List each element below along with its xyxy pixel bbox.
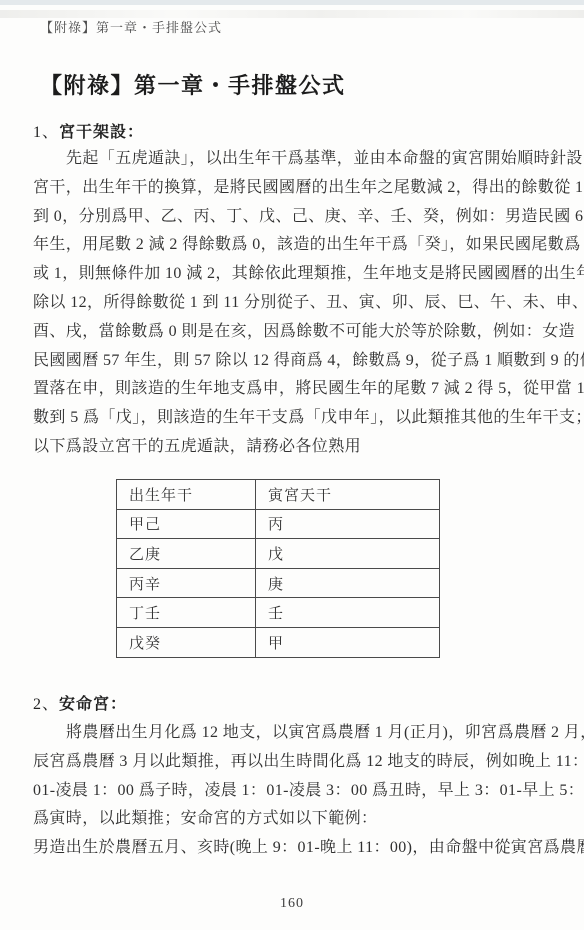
cell-yin-stem: 庚 [256,568,440,598]
running-header: 【附祿】第一章・手排盤公式 [40,17,222,36]
five-tigers-table: 出生年干 寅宮天干 甲己 丙 乙庚 戊 丙辛 庚 丁壬 壬 戊癸 甲 [116,479,440,658]
section1-heading: 1、宮干架設： [33,119,144,142]
section1-title: 宮干架設： [59,124,144,141]
table-row: 甲己 丙 [117,509,440,539]
text-line: 辰宮爲農曆 3 月以此類推，再以出生時間化爲 12 地支的時辰，例如晚上 11： [33,748,557,777]
table-row: 戊癸 甲 [117,627,440,657]
text-line: 年生，用尾數 2 減 2 得餘數爲 0，該造的出生年干爲「癸」，如果民國尾數爲 … [33,231,557,260]
cell-stems: 乙庚 [117,539,256,569]
page-number: 160 [0,896,584,912]
table-row: 丁壬 壬 [117,598,440,628]
text-line: 民國國曆 57 年生，則 57 除以 12 得商爲 4，餘數爲 9，從子爲 1 … [33,347,557,376]
section1-number: 1、 [33,124,59,141]
text-line: 置落在申，則該造的生年地支爲申，將民國生年的尾數 7 減 2 得 5，從甲當 1 [33,375,557,404]
table-header-row: 出生年干 寅宮天干 [117,480,440,510]
section2-heading: 2、安命宮： [33,691,127,714]
text-line: 男造出生於農曆五月、亥時(晚上 9：01-晚上 11：00)，由命盤中從寅宮爲農… [33,834,557,863]
cell-stems: 丁壬 [117,598,256,628]
table-row: 丙辛 庚 [117,568,440,598]
cell-yin-stem: 丙 [256,509,440,539]
table-header-birth-year-stem: 出生年干 [117,480,256,510]
cell-yin-stem: 壬 [256,598,440,628]
text-line: 除以 12，所得餘數從 1 到 11 分別從子、丑、寅、卯、辰、巳、午、未、申、 [33,289,557,318]
cell-stems: 甲己 [117,509,256,539]
text-line: 將農曆出生月化爲 12 地支，以寅宮爲農曆 1 月(正月)，卯宮爲農曆 2 月， [33,719,557,748]
section1-paragraph: 先起「五虎遁訣」，以出生年干爲基準，並由本命盤的寅宮開始順時針設 宮干，出生年干… [33,145,557,462]
text-line: 先起「五虎遁訣」，以出生年干爲基準，並由本命盤的寅宮開始順時針設 [33,145,557,174]
document-page: 【附祿】第一章・手排盤公式 【附祿】第一章・手排盤公式 1、宮干架設： 先起「五… [0,0,584,930]
text-line: 爲寅時，以此類推；安命宮的方式如以下範例： [33,805,557,834]
text-line: 01-凌晨 1：00 爲子時，凌晨 1：01-凌晨 3：00 爲丑時，早上 3：… [33,777,557,806]
scan-top-edge [0,0,584,5]
cell-stems: 丙辛 [117,568,256,598]
cell-yin-stem: 戊 [256,539,440,569]
text-line: 到 0，分別爲甲、乙、丙、丁、戊、己、庚、辛、壬、癸，例如：男造民國 62 [33,203,557,232]
text-line: 以下爲設立宮干的五虎遁訣，請務必各位熟用 [33,433,557,462]
section2-number: 2、 [33,696,59,713]
cell-stems: 戊癸 [117,627,256,657]
text-line: 酉、戌，當餘數爲 0 則是在亥，因爲餘數不可能大於等於除數，例如：女造 [33,318,557,347]
text-line: 或 1，則無條件加 10 減 2，其餘依此理類推，生年地支是將民國國曆的出生年 [33,260,557,289]
text-line: 數到 5 爲「戊」，則該造的生年干支爲「戊申年」，以此類推其他的生年干支； [33,404,557,433]
page-title: 【附祿】第一章・手排盤公式 [40,69,346,100]
text-line: 宮干，出生年干的換算，是將民國國曆的出生年之尾數減 2，得出的餘數從 1 [33,174,557,203]
table-row: 乙庚 戊 [117,539,440,569]
table-header-yin-palace-stem: 寅宮天干 [256,480,440,510]
cell-yin-stem: 甲 [256,627,440,657]
section2-paragraph: 將農曆出生月化爲 12 地支，以寅宮爲農曆 1 月(正月)，卯宮爲農曆 2 月，… [33,719,557,863]
section2-title: 安命宮： [59,696,127,713]
